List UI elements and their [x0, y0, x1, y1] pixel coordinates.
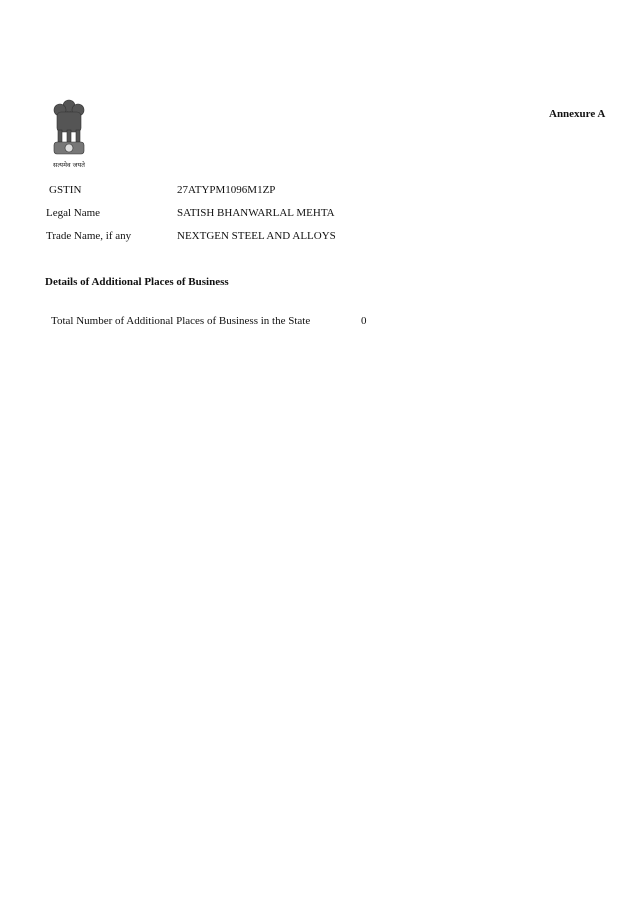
trade-name-label: Trade Name, if any	[46, 230, 131, 242]
legal-name-label: Legal Name	[46, 207, 100, 219]
trade-name-value: NEXTGEN STEEL AND ALLOYS	[177, 230, 336, 242]
total-places-label: Total Number of Additional Places of Bus…	[51, 315, 310, 327]
total-places-value: 0	[361, 315, 367, 327]
gstin-value: 27ATYPM1096M1ZP	[177, 184, 275, 196]
section-heading: Details of Additional Places of Business	[45, 276, 229, 288]
legal-name-value: SATISH BHANWARLAL MEHTA	[177, 207, 335, 219]
annexure-label: Annexure A	[549, 108, 605, 120]
gstin-label: GSTIN	[49, 184, 81, 196]
emblem-caption: सत्यमेव जयते	[53, 161, 85, 169]
national-emblem-icon: सत्यमेव जयते	[44, 96, 94, 170]
